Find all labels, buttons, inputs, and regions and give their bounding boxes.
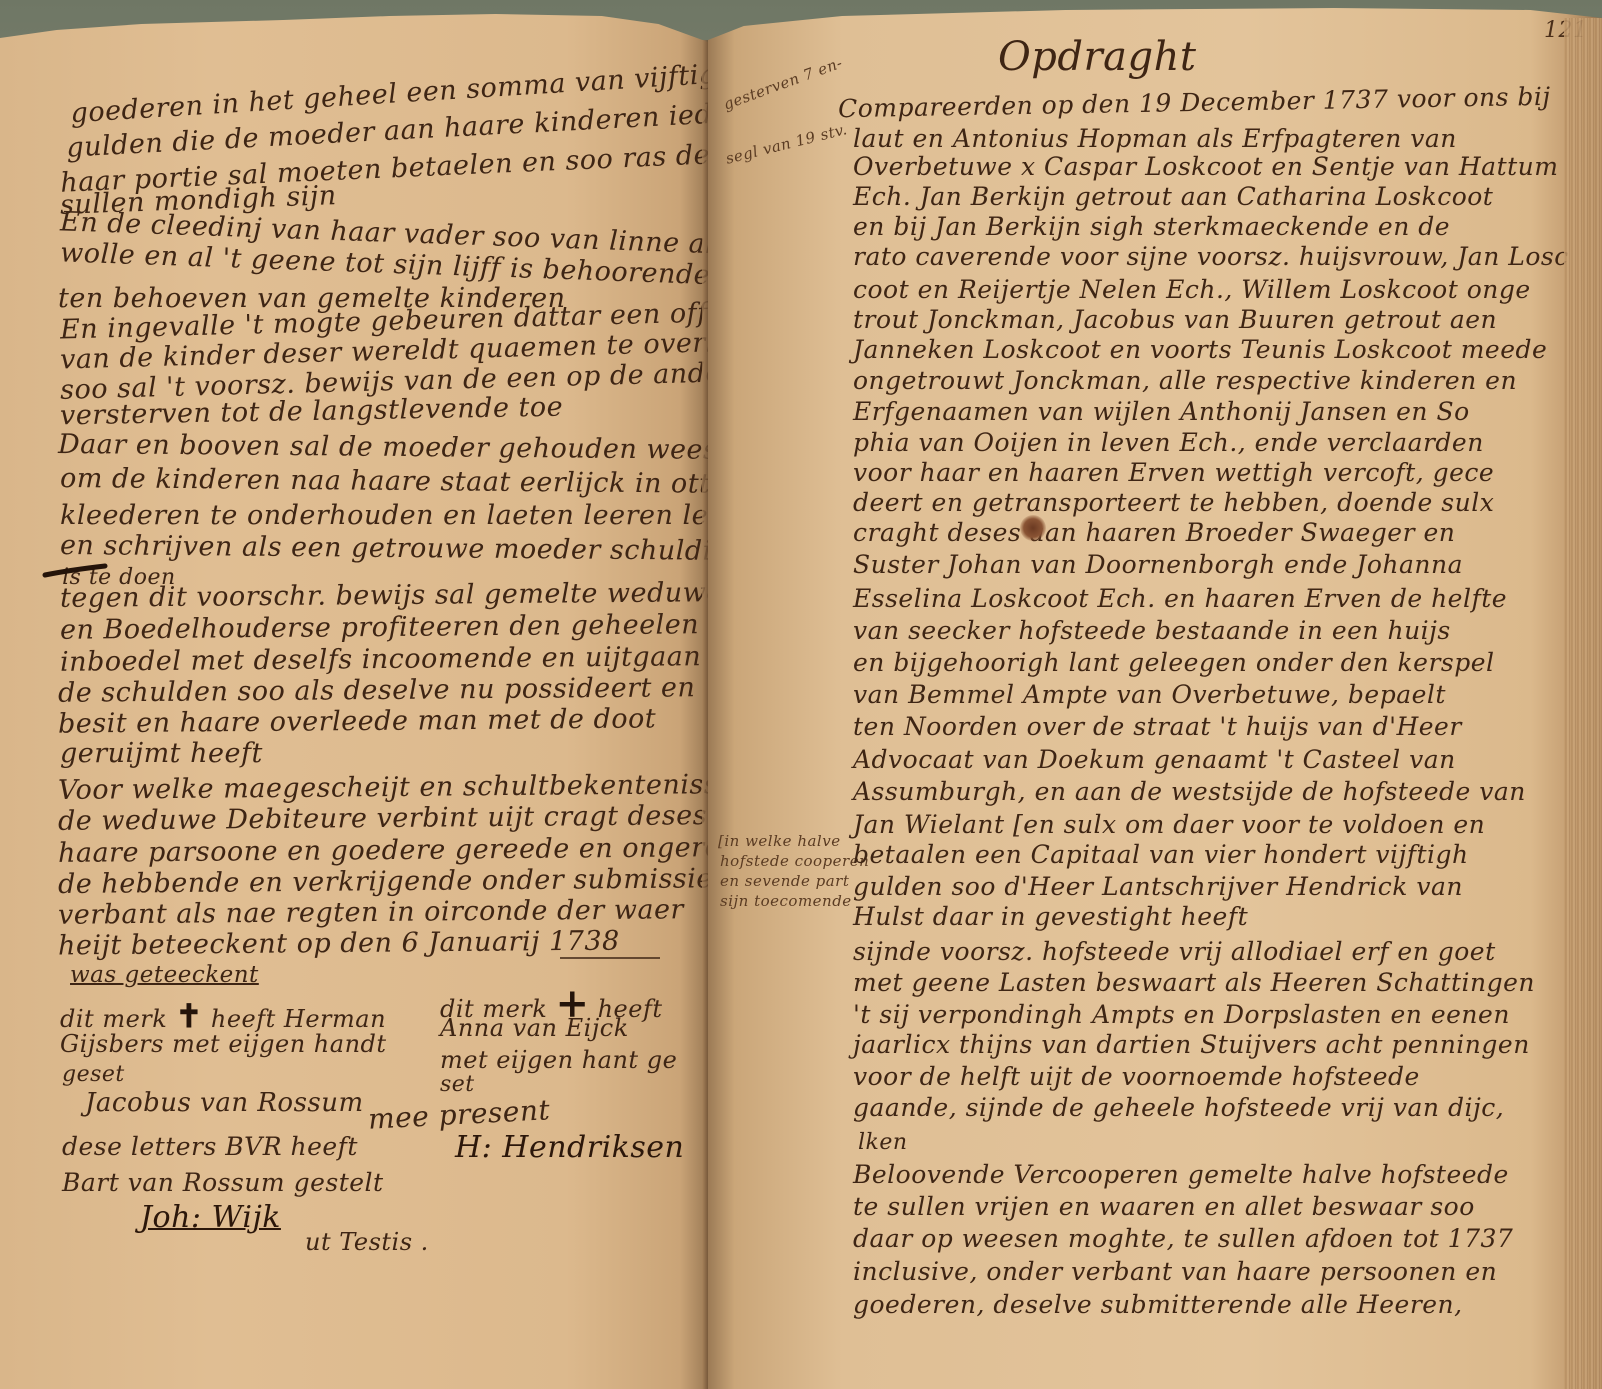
left-line-17: tegen dit voorschr. bewijs sal gemelte w… [60, 577, 708, 614]
right-line-4: Ech. Jan Berkijn getrout aan Catharina L… [853, 182, 1493, 211]
right-line-35: Beloovende Vercooperen gemelte halve hof… [853, 1160, 1509, 1189]
margin-note-middle-2: hofstede cooperen [720, 852, 869, 870]
right-line-37: daar op weesen moghte, te sullen afdoen … [853, 1224, 1513, 1253]
margin-note-top-1: gesterven 7 en- [721, 54, 845, 114]
right-line-15: craght deses aan haaren Broeder Swaeger … [853, 518, 1455, 547]
bvr-line-1: dese letters BVR heeft [62, 1132, 358, 1161]
left-line-13: om de kinderen naa haare staat eerlijck … [60, 463, 708, 500]
right-page: 121 Opdraght gesterven 7 en- segl van 19… [708, 0, 1602, 1389]
margin-note-top-2: segl van 19 stv. [724, 120, 849, 168]
bvr-line-2: Bart van Rossum gestelt [62, 1168, 384, 1197]
left-line-21: besit en haare overleede man met de doot [58, 703, 656, 739]
left-line-12: Daar en booven sal de moeder gehouden we… [58, 429, 708, 466]
page-edges [1564, 18, 1602, 1389]
signature-wijk: Joh: Wijk [140, 1200, 281, 1235]
right-line-38: inclusive, onder verbant van haare perso… [853, 1257, 1497, 1286]
mark-line3: met eijgen hant ge [440, 1046, 677, 1074]
right-line-36: te sullen vrijen en waaren en allet besw… [853, 1192, 1475, 1221]
right-line-17: Esselina Loskcoot Ech. en haaren Erven d… [853, 584, 1507, 613]
mark-text-end: heeft Herman [211, 1005, 386, 1033]
right-line-10: ongetrouwt Jonckman, alle respective kin… [853, 366, 1517, 395]
right-line-30: 't sij verpondingh Ampts en Dorpslasten … [853, 1000, 1510, 1029]
right-line-22: Advocaat van Doekum genaamt 't Casteel v… [853, 745, 1456, 774]
right-line-7: coot en Reijertje Nelen Ech., Willem Los… [853, 275, 1531, 304]
signature-hendriksen: H: Hendriksen [455, 1130, 684, 1165]
right-line-25: betaalen een Capitaal van vier hondert v… [853, 840, 1469, 869]
right-line-6: rato caverende voor sijne voorsz. huijsv… [853, 242, 1569, 271]
right-line-8: trout Jonckman, Jacobus van Buuren getro… [853, 305, 1497, 334]
right-line-18: van seecker hofsteede bestaande in een h… [853, 616, 1451, 645]
mark-owner: Gijsbers met eijgen handt [60, 1030, 387, 1058]
right-line-19: en bijgehoorigh lant geleegen onder den … [853, 648, 1495, 677]
right-line-21: ten Noorden over de straat 't huijs van … [853, 712, 1462, 741]
right-line-27: Hulst daar in gevestight heeft [853, 902, 1248, 931]
right-line-16: Suster Johan van Doornenborgh ende Johan… [853, 550, 1463, 579]
right-line-28: sijnde voorsz. hofsteede vrij allodiael … [853, 937, 1496, 966]
margin-note-middle-4: sijn toecomende [720, 892, 852, 910]
left-page: goederen in het geheel een somma van vij… [0, 0, 708, 1389]
right-line-2: laut en Antonius Hopman als Erfpagteren … [853, 124, 1457, 153]
right-line-32: voor de helft uijt de voornoemde hofstee… [853, 1062, 1420, 1091]
left-line-15: en schrijven als een getrouwe moeder sch… [60, 530, 708, 567]
left-line-18: en Boedelhouderse profiteeren den geheel… [60, 609, 699, 646]
right-line-34: lken [858, 1130, 908, 1155]
right-line-39: goederen, deselve submitterende alle Hee… [853, 1290, 1463, 1319]
right-line-24: Jan Wielant [en sulx om daer voor te vol… [853, 810, 1485, 839]
margin-note-middle-1: [in welke halve [718, 832, 841, 850]
right-line-9: Janneken Loskcoot en voorts Teunis Loskc… [853, 335, 1547, 364]
left-line-24: de weduwe Debiteure verbint uijt cragt d… [58, 800, 707, 837]
right-line-29: met geene Lasten beswaart als Heeren Sch… [853, 968, 1535, 997]
mark-line4: set [440, 1072, 475, 1097]
right-line-5: en bij Jan Berkijn sigh sterkmaeckende e… [853, 212, 1450, 241]
left-line-28: heijt beteeckent op den 6 Januarij 1738 [58, 926, 620, 962]
deed-title: Opdraght [998, 34, 1196, 80]
mark-geset: geset [62, 1062, 125, 1087]
right-line-13: voor haar en haaren Erven wettigh vercof… [853, 458, 1494, 487]
left-line-14: kleederen te onderhouden en laeten leere… [60, 500, 708, 531]
right-line-33: gaande, sijnde de geheele hofsteede vrij… [853, 1093, 1504, 1122]
right-line-12: phia van Ooijen in leven Ech., ende verc… [853, 428, 1484, 457]
right-line-20: van Bemmel Ampte van Overbetuwe, bepaelt [853, 680, 1446, 709]
ut-testis: ut Testis . [305, 1228, 429, 1256]
right-line-23: Assumburgh, en aan de westsijde de hofst… [853, 777, 1526, 806]
right-line-1: Compareerden op den 19 December 1737 voo… [838, 82, 1551, 123]
right-line-26: gulden soo d'Heer Lantschrijver Hendrick… [853, 872, 1463, 901]
right-line-3: Overbetuwe x Caspar Loskcoot en Sentje v… [853, 152, 1558, 181]
mark-text: dit merk [60, 1005, 167, 1033]
right-line-31: jaarlicx thijns van dartien Stuijvers ac… [853, 1030, 1530, 1059]
right-line-11: Erfgenaamen van wijlen Anthonij Jansen e… [853, 397, 1470, 426]
left-line-22: geruijmt heeft [60, 738, 263, 769]
open-register-book: goederen in het geheel een somma van vij… [0, 0, 1602, 1389]
right-line-14: deert en getransporteert te hebben, doen… [853, 488, 1494, 517]
ink-blot [1020, 515, 1046, 541]
margin-note-middle-3: en sevende part [720, 872, 849, 890]
mark-owner: Anna van Eijck [440, 1014, 629, 1042]
signature-jacobus: Jacobus van Rossum [85, 1088, 364, 1118]
signature-heading: was geteeckent [70, 962, 259, 988]
